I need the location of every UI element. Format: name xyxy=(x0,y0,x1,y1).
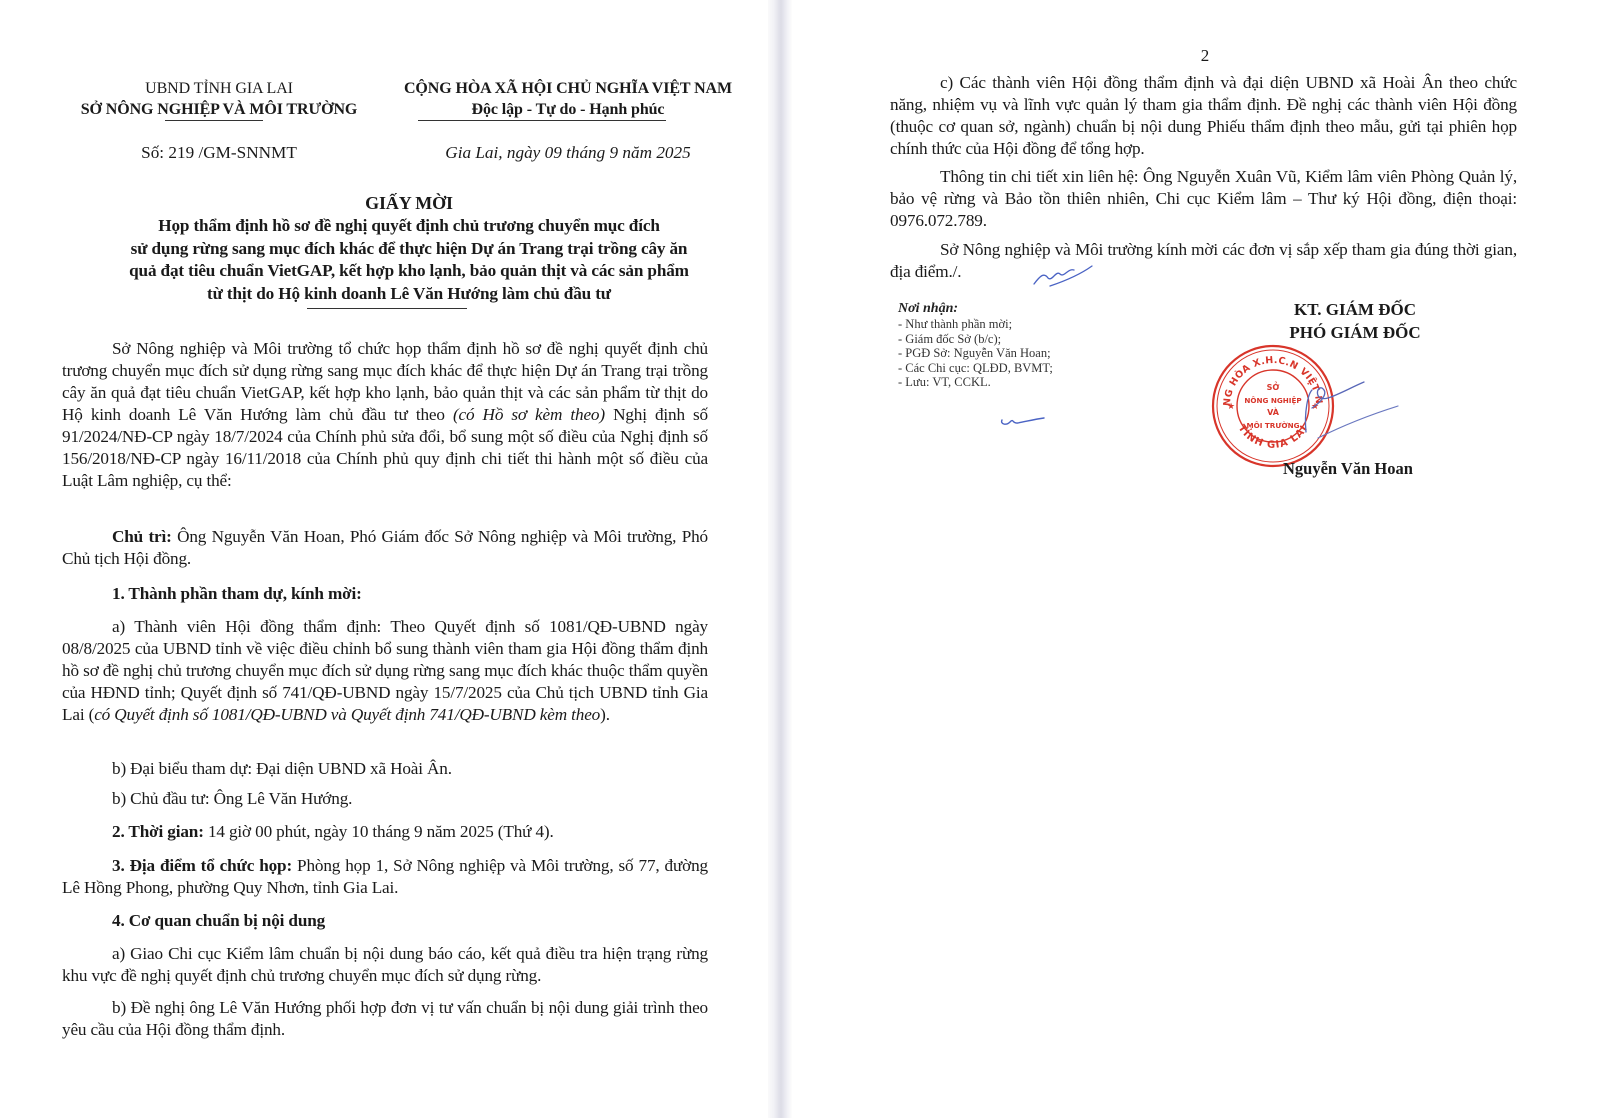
place-date: Gia Lai, ngày 09 tháng 9 năm 2025 xyxy=(378,142,758,164)
section-4b-text: b) Đề nghị ông Lê Văn Hướng phối hợp đơn… xyxy=(62,998,708,1039)
section-4b-paragraph: b) Đề nghị ông Lê Văn Hướng phối hợp đơn… xyxy=(62,997,708,1041)
recipient-item: - Như thành phần mời; xyxy=(898,317,1128,332)
document-subject: Họp thẩm định hồ sơ đề nghị quyết định c… xyxy=(60,215,758,305)
subject-line: quả đạt tiêu chuẩn VietGAP, kết hợp kho … xyxy=(60,260,758,283)
closing-paragraph: Sở Nông nghiệp và Môi trường kính mời cá… xyxy=(890,239,1517,283)
section-4-heading: 4. Cơ quan chuẩn bị nội dung xyxy=(62,910,708,932)
section-1b-delegate: b) Đại biểu tham dự: Đại diện UBND xã Ho… xyxy=(62,758,708,780)
section-1b-delegate-text: b) Đại biểu tham dự: Đại diện UBND xã Ho… xyxy=(112,759,452,778)
section-1b-investor-text: b) Chủ đầu tư: Ông Lê Văn Hướng. xyxy=(112,789,352,808)
signature-title-line2: PHÓ GIÁM ĐỐC xyxy=(1240,321,1470,344)
section-1-heading-text: 1. Thành phần tham dự, kính mời: xyxy=(112,584,362,603)
section-2-label: 2. Thời gian: xyxy=(112,822,204,841)
recipient-item: - PGĐ Sở: Nguyễn Văn Hoan; xyxy=(898,346,1128,361)
section-1-heading: 1. Thành phần tham dự, kính mời: xyxy=(62,583,708,605)
signature-title: KT. GIÁM ĐỐC PHÓ GIÁM ĐỐC xyxy=(1240,298,1470,344)
section-1c-text: c) Các thành viên Hội đồng thẩm định và … xyxy=(890,73,1517,158)
section-1a-paragraph: a) Thành viên Hội đồng thẩm định: Theo Q… xyxy=(62,616,708,726)
recipient-item: - Giám đốc Sở (b/c); xyxy=(898,332,1128,347)
section-1c-paragraph: c) Các thành viên Hội đồng thẩm định và … xyxy=(890,72,1517,160)
section-4-heading-text: 4. Cơ quan chuẩn bị nội dung xyxy=(112,911,325,930)
signer-name: Nguyễn Văn Hoan xyxy=(1283,457,1453,480)
closing-text: Sở Nông nghiệp và Môi trường kính mời cá… xyxy=(890,240,1517,281)
motto-underline xyxy=(418,120,666,121)
svg-text:VÀ: VÀ xyxy=(1267,406,1280,417)
document-title: GIẤY MỜI xyxy=(60,192,758,215)
national-title: CỘNG HÒA XÃ HỘI CHỦ NGHĨA VIỆT NAM xyxy=(378,78,758,99)
section-4a-paragraph: a) Giao Chi cục Kiểm lâm chuẩn bị nội du… xyxy=(62,943,708,987)
section-3-label: 3. Địa điểm tổ chức họp: xyxy=(112,856,292,875)
section-2-time: 2. Thời gian: 14 giờ 00 phút, ngày 10 th… xyxy=(62,821,708,843)
agency-header: UBND TỈNH GIA LAI SỞ NÔNG NGHIỆP VÀ MÔI … xyxy=(60,78,378,120)
recipient-item: - Lưu: VT, CCKL. xyxy=(898,375,1128,390)
agency-name: SỞ NÔNG NGHIỆP VÀ MÔI TRƯỜNG xyxy=(60,99,378,120)
subject-line: từ thịt do Hộ kinh doanh Lê Văn Hướng là… xyxy=(60,283,758,306)
contact-text: Thông tin chi tiết xin liên hệ: Ông Nguy… xyxy=(890,167,1517,230)
recipients-heading: Nơi nhận: xyxy=(898,300,1128,317)
subject-underline xyxy=(307,308,467,309)
initial-signature-icon xyxy=(1030,258,1100,290)
document-number: Số: 219 /GM-SNNMT xyxy=(60,142,378,164)
section-1a-end: ). xyxy=(600,705,610,724)
recipients-block: Nơi nhận: - Như thành phần mời; - Giám đ… xyxy=(898,300,1128,390)
agency-parent: UBND TỈNH GIA LAI xyxy=(60,78,378,99)
document-page-1: UBND TỈNH GIA LAI SỞ NÔNG NGHIỆP VÀ MÔI … xyxy=(0,0,768,1118)
section-2-text: 14 giờ 00 phút, ngày 10 tháng 9 năm 2025… xyxy=(204,822,554,841)
section-1a-attachment-note: có Quyết định số 1081/QĐ-UBND và Quyết đ… xyxy=(94,705,600,724)
director-signature-icon xyxy=(1288,372,1403,442)
section-4a-text: a) Giao Chi cục Kiểm lâm chuẩn bị nội du… xyxy=(62,944,708,985)
national-header: CỘNG HÒA XÃ HỘI CHỦ NGHĨA VIỆT NAM Độc l… xyxy=(378,78,758,120)
chair-label: Chủ trì: xyxy=(112,527,172,546)
agency-underline xyxy=(165,120,263,121)
subject-line: Họp thẩm định hồ sơ đề nghị quyết định c… xyxy=(60,215,758,238)
svg-text:★: ★ xyxy=(1227,402,1235,412)
section-3-location: 3. Địa điểm tổ chức họp: Phòng họp 1, Sở… xyxy=(62,855,708,899)
national-motto: Độc lập - Tự do - Hạnh phúc xyxy=(378,99,758,120)
page-number: 2 xyxy=(1180,45,1230,67)
contact-paragraph: Thông tin chi tiết xin liên hệ: Ông Nguy… xyxy=(890,166,1517,232)
svg-text:SỞ: SỞ xyxy=(1267,380,1280,392)
subject-line: sử dụng rừng sang mục đích khác để thực … xyxy=(60,238,758,261)
section-1b-investor: b) Chủ đầu tư: Ông Lê Văn Hướng. xyxy=(62,788,708,810)
clerk-initial-icon xyxy=(998,410,1048,430)
chair-paragraph: Chủ trì: Ông Nguyễn Văn Hoan, Phó Giám đ… xyxy=(62,526,708,570)
intro-paragraph: Sở Nông nghiệp và Môi trường tổ chức họp… xyxy=(62,338,708,492)
page-divider xyxy=(768,0,792,1118)
intro-attachment-note: (có Hồ sơ kèm theo) xyxy=(453,405,605,424)
recipient-item: - Các Chi cục: QLĐD, BVMT; xyxy=(898,361,1128,376)
signature-title-line1: KT. GIÁM ĐỐC xyxy=(1240,298,1470,321)
